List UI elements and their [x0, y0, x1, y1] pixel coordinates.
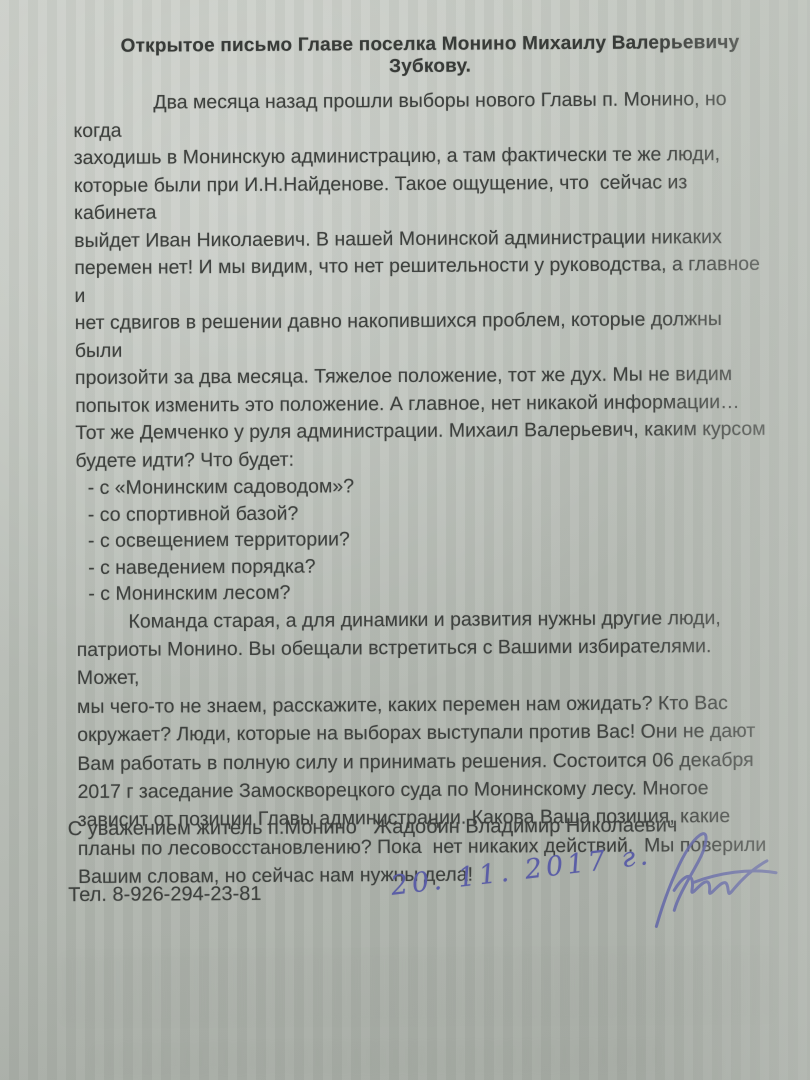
handwritten-signature	[634, 826, 795, 937]
letter-line: которые были при И.Н.Найденове. Такое ощ…	[74, 168, 766, 227]
letter-line: 2017 г заседание Замоскворецкого суда по…	[77, 774, 769, 807]
letter-title: Открытое письмо Главе поселка Монино Мих…	[97, 32, 763, 80]
letter-line: перемен нет! И мы видим, что нет решител…	[74, 251, 766, 310]
letter-line: выйдет Иван Николаевич. В нашей Монинско…	[74, 223, 766, 255]
letter-line: Тот же Демченко у руля администрации. Ми…	[75, 416, 767, 448]
question-item: - с Монинским лесом?	[88, 577, 768, 608]
question-list: - с «Монинским садоводом»? - со спортивн…	[88, 471, 769, 608]
question-item: - с «Монинским садоводом»?	[88, 471, 768, 502]
letter-line: произойти за два месяца. Тяжелое положен…	[75, 361, 767, 393]
question-item: - с наведением порядка?	[88, 550, 768, 581]
letter-sheet: Открытое письмо Главе поселка Монино Мих…	[0, 0, 810, 1080]
paragraph-1: Два месяца назад прошли выборы нового Гл…	[73, 86, 767, 475]
letter-body: Два месяца назад прошли выборы нового Гл…	[73, 86, 770, 892]
letter-line: заходишь в Монинскую администрацию, а та…	[74, 141, 766, 173]
letter-line: мы чего-то не знаем, расскажите, каких п…	[77, 688, 769, 721]
question-item: - со спортивной базой?	[88, 497, 768, 528]
letter-line: Два месяца назад прошли выборы нового Гл…	[73, 86, 765, 145]
letter-line: окружает? Люди, которые на выборах высту…	[77, 717, 769, 750]
page-showthrough	[93, 1040, 663, 1073]
letter-line: будете идти? Что будет:	[75, 443, 767, 475]
letter-line: Вам работать в полную силу и принимать р…	[77, 745, 769, 778]
letter-photo: Открытое письмо Главе поселка Монино Мих…	[0, 0, 810, 1080]
closing-line: С уважением житель п.Монино Жадобин Влад…	[68, 814, 678, 841]
letter-line: патриоты Монино. Вы обещали встретиться …	[77, 632, 769, 693]
question-item: - с освещением территории?	[88, 524, 768, 555]
phone-number: Тел. 8-926-294-23-81	[68, 883, 261, 907]
letter-line: попыток изменить это положение. А главно…	[75, 388, 767, 420]
page-showthrough	[63, 950, 773, 1024]
letter-line: нет сдвигов в решении давно накопившихся…	[75, 306, 767, 365]
letter-line: Команда старая, а для динамики и развити…	[76, 603, 768, 636]
